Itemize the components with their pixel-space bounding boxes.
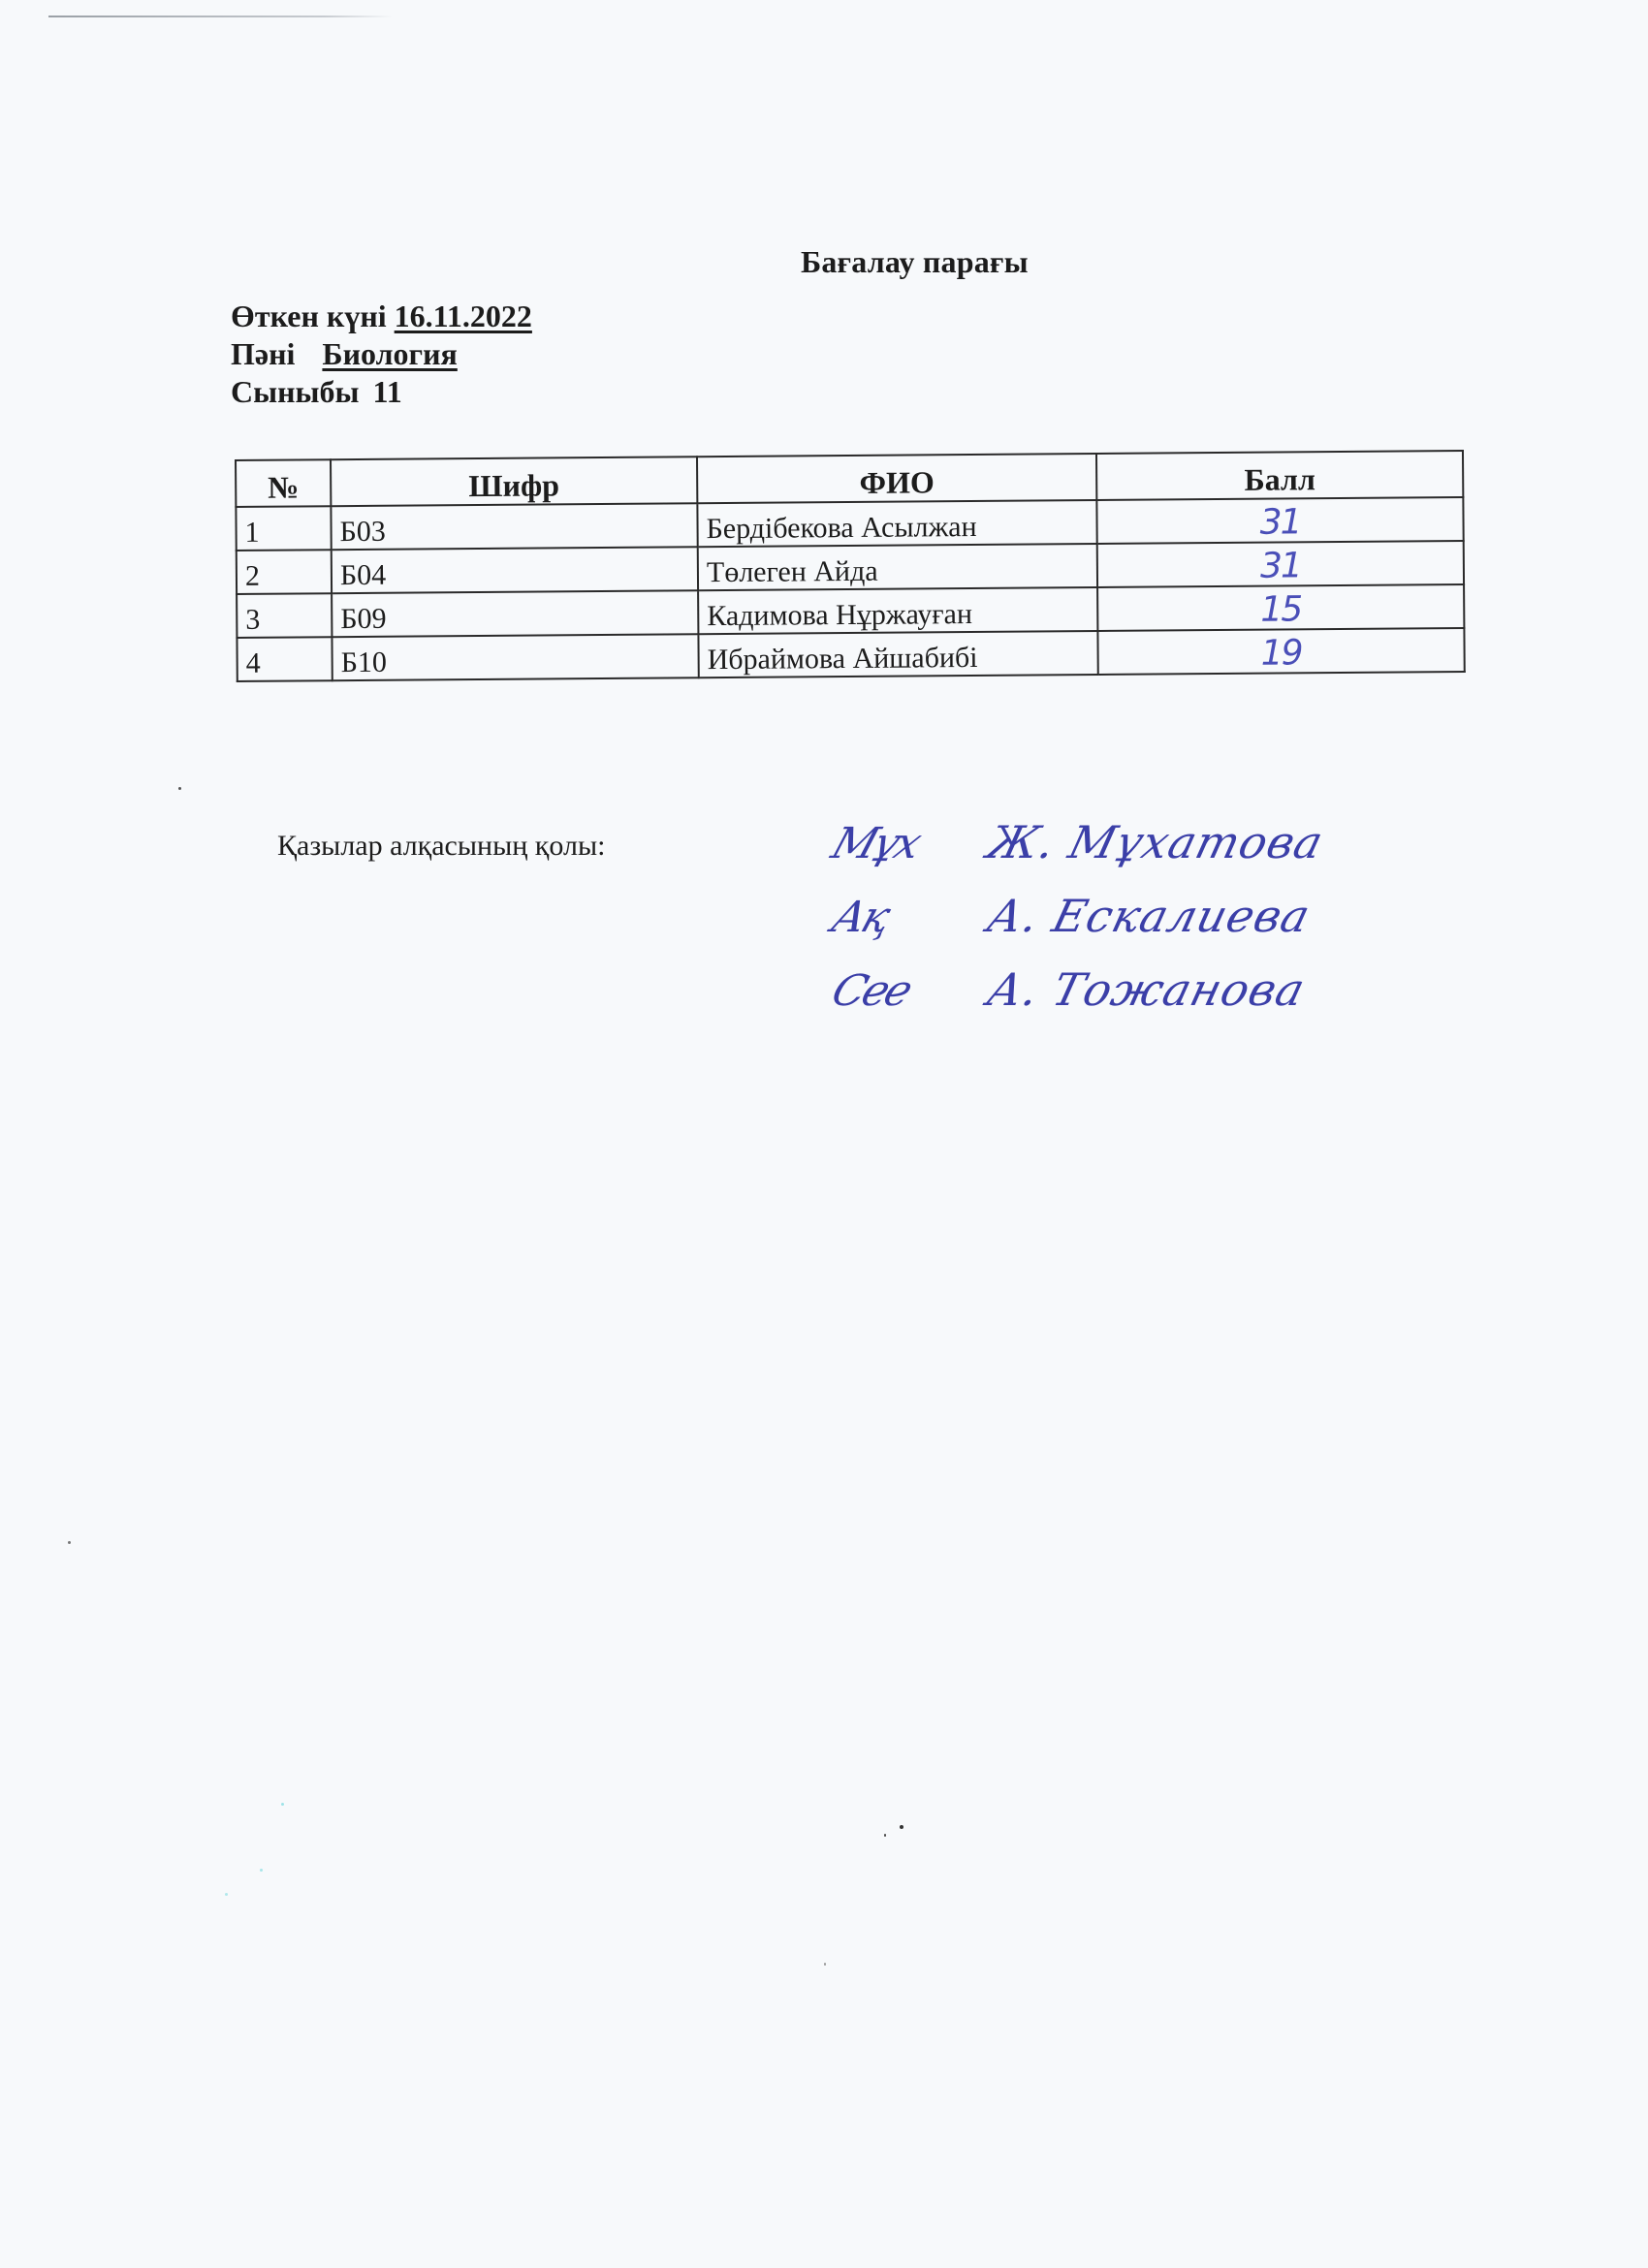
cell-code: Б04 — [332, 547, 698, 593]
cell-score: 19 — [1097, 628, 1464, 675]
signature-mark: Сее — [826, 966, 998, 1016]
scan-edge-line — [48, 16, 393, 17]
cell-name: Ибраймова Айшабибі — [698, 631, 1097, 677]
cell-score: 31 — [1096, 497, 1463, 544]
subject-label: Пәні — [231, 336, 295, 371]
scan-speck — [225, 1893, 228, 1896]
document-title: Бағалау парағы — [801, 244, 1029, 280]
signatures-block: Мұх Ж. Мұхатова Ақ А. Ескалиева Сее А. Т… — [834, 795, 1322, 1016]
signature-name: А. Тожанова — [982, 963, 1311, 1016]
subject-value: Биология — [322, 336, 457, 371]
cell-name: Бердібекова Асылжан — [697, 500, 1096, 547]
signatures-label: Қазылар алқасының қолы: — [277, 830, 605, 863]
signature-mark: Ақ — [826, 893, 998, 942]
cell-number: 4 — [237, 637, 332, 681]
signature-entry: Сее А. Тожанова — [834, 942, 1322, 1016]
scan-speck — [824, 1963, 826, 1966]
scan-speck — [884, 1834, 886, 1837]
cell-score: 15 — [1097, 584, 1464, 631]
grades-table: № Шифр ФИО Балл 1 Б03 Бердібекова Асылжа… — [235, 450, 1466, 682]
cell-score: 31 — [1097, 541, 1464, 587]
signature-entry: Мұх Ж. Мұхатова — [834, 795, 1322, 868]
date-row: Өткен күні 16.11.2022 — [231, 298, 532, 335]
cell-number: 3 — [237, 593, 332, 638]
scan-speck — [178, 787, 181, 790]
header-name: ФИО — [697, 454, 1096, 503]
subject-row: ПәніБиология — [231, 335, 532, 373]
scan-speck — [68, 1541, 71, 1544]
signature-name: А. Ескалиева — [982, 890, 1315, 942]
header-number: № — [236, 459, 331, 507]
cell-number: 1 — [236, 506, 331, 551]
date-value: 16.11.2022 — [395, 299, 532, 333]
class-label: Сыныбы — [231, 374, 360, 409]
cell-code: Б09 — [332, 590, 698, 637]
table-row: 4 Б10 Ибраймова Айшабибі 19 — [237, 628, 1464, 681]
header-code: Шифр — [331, 457, 697, 506]
cell-number: 2 — [237, 550, 332, 594]
signature-mark: Мұх — [826, 819, 998, 868]
signature-name: Ж. Мұхатова — [982, 816, 1329, 868]
cell-name: Кадимова Нұржауған — [698, 587, 1097, 634]
date-label: Өткен күні — [231, 299, 387, 333]
class-row: Сыныбы11 — [231, 373, 532, 411]
cell-name: Төлеген Айда — [698, 544, 1097, 590]
scan-speck — [900, 1825, 903, 1829]
header-score: Балл — [1096, 451, 1463, 500]
scan-speck — [281, 1803, 284, 1806]
cell-code: Б10 — [332, 634, 698, 680]
cell-code: Б03 — [331, 503, 697, 550]
signature-entry: Ақ А. Ескалиева — [834, 868, 1322, 942]
document-meta: Өткен күні 16.11.2022 ПәніБиология Сыныб… — [231, 298, 532, 411]
class-value: 11 — [373, 374, 402, 409]
scan-speck — [260, 1869, 263, 1872]
